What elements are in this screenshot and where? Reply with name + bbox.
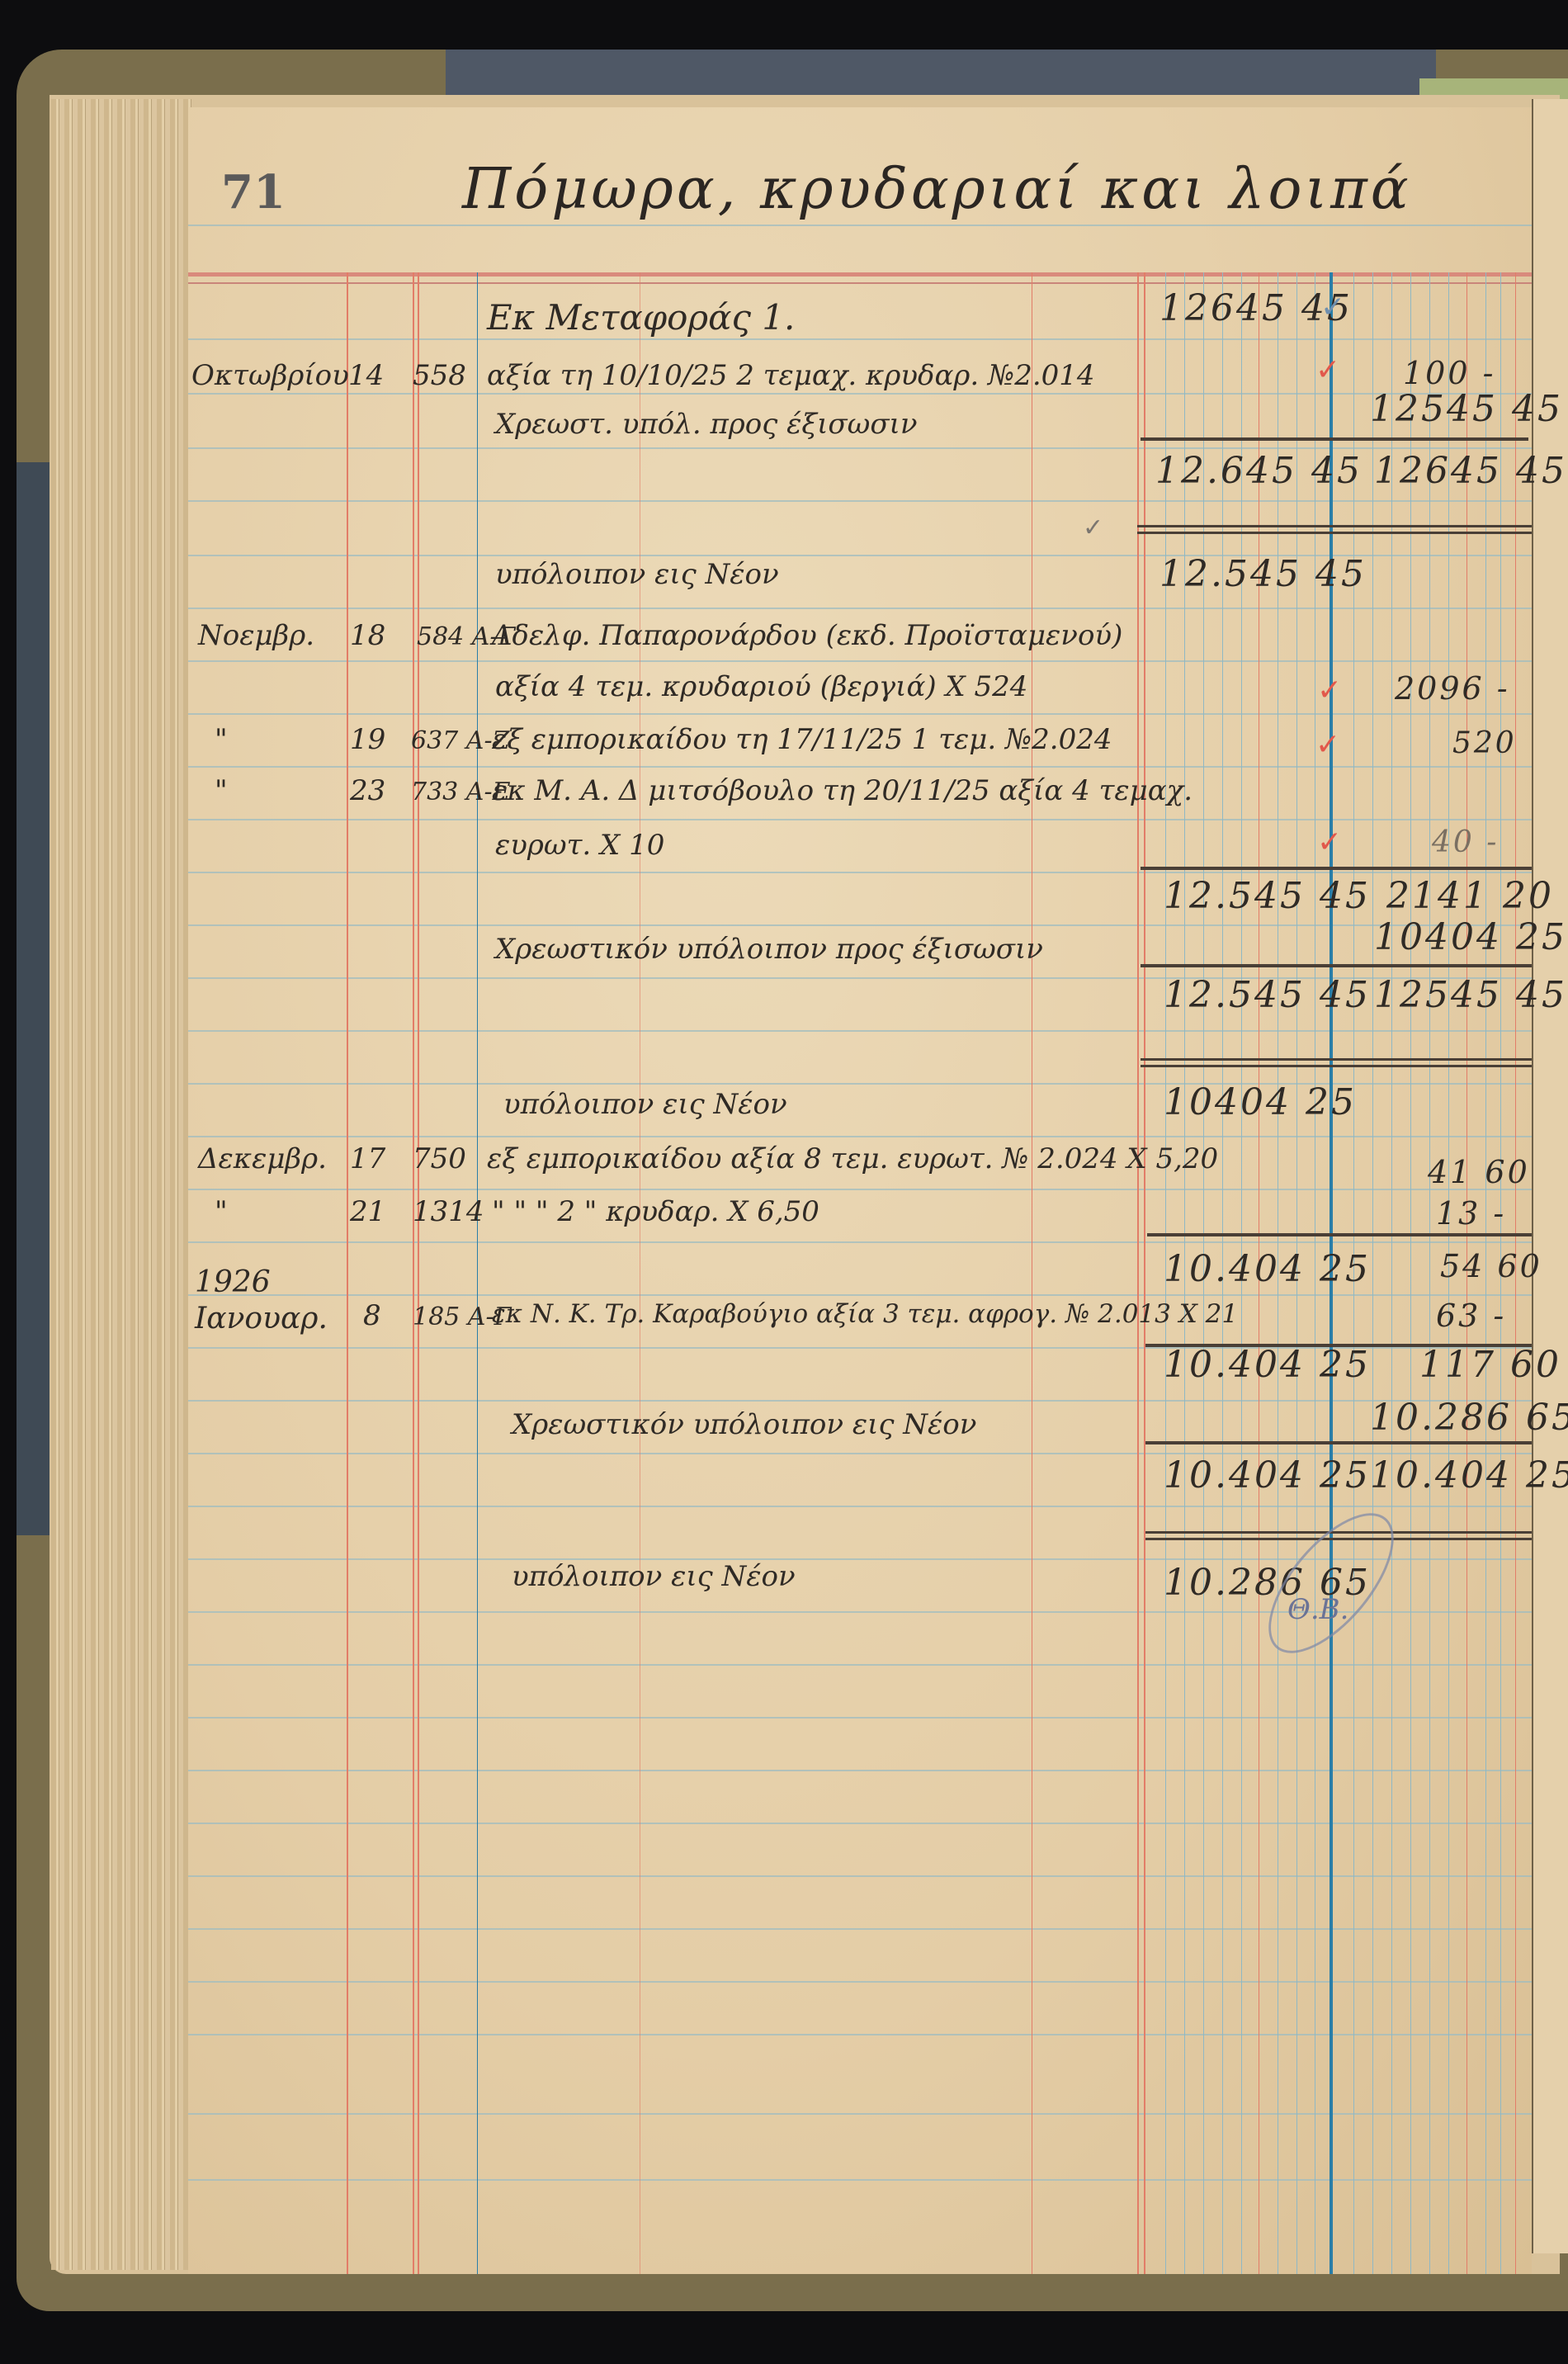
entry-month: Οκτωβρίου bbox=[191, 359, 349, 392]
entry-text: Χρεωστικόν υπόλοιπον προς έξισωσιν bbox=[495, 933, 1043, 966]
credit-amount: 41 60 bbox=[1428, 1154, 1530, 1190]
entry-text: " " " 2 " κρυδαρ. Χ 6,50 bbox=[492, 1195, 819, 1228]
credit-total: 12645 45 bbox=[1374, 450, 1567, 492]
credit-amount: 40 - bbox=[1432, 825, 1499, 859]
entry-text: Χρεωστ. υπόλ. προς έξισωσιν bbox=[495, 408, 918, 441]
sum-rule bbox=[1141, 437, 1528, 441]
entry-month: " bbox=[215, 1195, 228, 1228]
sum-rule bbox=[1145, 1441, 1532, 1444]
entry-text: αξία τη 10/10/25 2 τεμαχ. κρυδαρ. №2.014 bbox=[487, 359, 1095, 392]
entry-text: υπόλοιπον εις Νέον bbox=[503, 1088, 787, 1121]
auditor-initials: Θ.Β. bbox=[1287, 1593, 1348, 1626]
check-icon: ✓ bbox=[1317, 674, 1342, 707]
credit-subtotal: 54 60 bbox=[1440, 1248, 1542, 1284]
entry-text: υπόλοιπον εις Νέον bbox=[495, 558, 779, 591]
credit-subtotal: 117 60 bbox=[1419, 1344, 1561, 1386]
entry-text: ευρωτ. Χ 10 bbox=[495, 829, 664, 862]
credit-amount: 10.286 65 bbox=[1370, 1397, 1568, 1439]
entry-day: 21 bbox=[350, 1195, 385, 1228]
check-icon: ✓ bbox=[1317, 825, 1342, 859]
entry-month: " bbox=[215, 723, 228, 756]
debit-total: 12.645 45 bbox=[1155, 450, 1363, 492]
debit-amount: 10404 25 bbox=[1164, 1081, 1357, 1123]
credit-amount: 2096 - bbox=[1395, 670, 1510, 707]
check-icon: ✓ bbox=[1315, 353, 1340, 387]
entry-ref: 558 bbox=[413, 359, 466, 392]
credit-total: 10.404 25 bbox=[1370, 1454, 1568, 1496]
credit-amount: 13 - bbox=[1436, 1195, 1506, 1232]
entry-text: Αδελφ. Παπαρονάρδου (εκδ. Προϊσταμενού) bbox=[492, 619, 1122, 652]
sum-rule bbox=[1147, 1233, 1532, 1236]
credit-subtotal: 2141 20 bbox=[1386, 875, 1554, 917]
credit-amount: 100 - bbox=[1403, 355, 1495, 391]
entry-day: 8 bbox=[363, 1299, 381, 1332]
page-number: 71 bbox=[221, 165, 286, 220]
debit-amount: 12.545 45 bbox=[1159, 553, 1367, 595]
debit-subtotal: 10.404 25 bbox=[1164, 1344, 1371, 1386]
page-edges bbox=[51, 99, 191, 2270]
entry-month: 1926 Ιανουαρ. bbox=[195, 1265, 343, 1337]
entry-text: Χρεωστικόν υπόλοιπον εις Νέον bbox=[512, 1408, 976, 1441]
entry-month: Δεκεμβρ. bbox=[198, 1142, 327, 1175]
debit-subtotal: 12.545 45 bbox=[1164, 875, 1371, 917]
check-icon: ✓ bbox=[1320, 291, 1345, 324]
entry-day: 19 bbox=[350, 723, 385, 756]
check-icon: ✓ bbox=[1315, 728, 1340, 762]
entry-day: 17 bbox=[350, 1142, 385, 1175]
entry-month: Νοεμβρ. bbox=[198, 619, 314, 652]
entry-text: εκ Ν. Κ. Τρ. Καραβούγιο αξία 3 τεμ. αφρο… bbox=[492, 1299, 1238, 1329]
credit-amount: 520 bbox=[1452, 726, 1517, 760]
entry-text: αξία 4 τεμ. κρυδαριού (βεργιά) Χ 524 bbox=[495, 670, 1027, 703]
debit-total: 10.404 25 bbox=[1164, 1454, 1371, 1496]
total-double-rule bbox=[1141, 1058, 1532, 1061]
debit-total: 12.545 45 bbox=[1164, 974, 1371, 1016]
entry-text: εξ εμπορικαίδου τη 17/11/25 1 τεμ. №2.02… bbox=[492, 723, 1112, 756]
sum-rule bbox=[1141, 964, 1532, 967]
entry-text: Εκ Μεταφοράς 1. bbox=[487, 297, 795, 338]
sum-rule bbox=[1141, 867, 1532, 870]
entry-ref: 750 bbox=[413, 1142, 466, 1175]
page-title: Πόμωρα, κρυδαριαί και λοιπά bbox=[462, 157, 1412, 222]
entry-text: εκ Μ. Α. Δ μιτσόβουλο τη 20/11/25 αξία 4… bbox=[492, 774, 1193, 807]
entry-day: 14 bbox=[348, 359, 384, 392]
debit-subtotal: 10.404 25 bbox=[1164, 1248, 1371, 1290]
entry-day: 23 bbox=[350, 774, 385, 807]
entry-text: υπόλοιπον εις Νέον bbox=[512, 1560, 796, 1593]
total-double-rule bbox=[1137, 525, 1532, 527]
cover-blue-cloth bbox=[446, 50, 1436, 99]
credit-total: 12545 45 bbox=[1374, 974, 1567, 1016]
entry-ref: 1314 bbox=[413, 1195, 484, 1228]
entry-day: 18 bbox=[350, 619, 385, 652]
entry-month: " bbox=[215, 774, 228, 807]
check-icon: ✓ bbox=[1083, 513, 1103, 542]
credit-amount: 12545 45 bbox=[1370, 388, 1563, 430]
credit-amount: 10404 25 bbox=[1374, 916, 1567, 958]
entry-text: εξ εμπορικαίδου αξία 8 τεμ. ευρωτ. № 2.0… bbox=[487, 1142, 1218, 1175]
credit-amount: 63 - bbox=[1436, 1298, 1506, 1334]
